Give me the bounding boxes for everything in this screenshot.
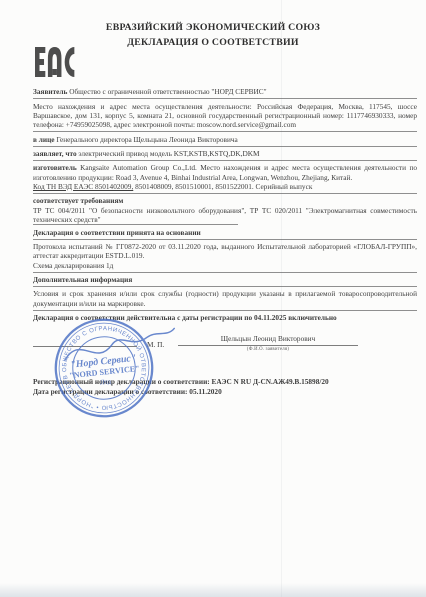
applicant-address: Место нахождения и адрес места осуществл…	[33, 102, 417, 130]
additional-heading: Дополнительная информация	[33, 275, 417, 284]
registration-date-row: Дата регистрации декларации о соответств…	[33, 387, 417, 396]
manufacturer-value: Kangsaite Automation Group Co.,Ltd. Мест…	[33, 163, 417, 181]
in-person-label: в лице	[33, 135, 55, 144]
declares-label: заявляет, что	[33, 149, 77, 158]
product-value: электрический привод модель KST,KSTB,KST…	[78, 149, 259, 158]
registration-date-label: Дата регистрации декларации о соответств…	[33, 387, 187, 396]
signature-area: М. П. Щельцын Леонид Викторович (Ф.И.О. …	[33, 322, 417, 374]
signer-caption: (Ф.И.О. заявителя)	[178, 346, 358, 353]
tnved-code: Код ТН ВЭД ЕАЭС 8501402009,	[33, 182, 133, 191]
declares-row: заявляет, что электрический привод модел…	[33, 149, 417, 161]
scheme-text: Схема декларирования 1д	[33, 261, 417, 270]
in-person-value: Генерального директора Щельцына Леонида …	[56, 135, 237, 144]
additional-text: Условия и срок хранения и/или срок служб…	[33, 289, 417, 308]
applicant-row: Заявитель Общество с ограниченной ответс…	[33, 87, 417, 99]
signer-block: Щельцын Леонид Викторович (Ф.И.О. заявит…	[178, 334, 358, 352]
regulations-text: ТР ТС 004/2011 "О безопасности низковоль…	[33, 206, 417, 225]
validity-text: Декларация о соответствии действительна …	[33, 313, 417, 322]
signature-line	[33, 346, 137, 347]
registration-date-value: 05.11.2020	[189, 387, 221, 396]
manufacturer-row: изготовитель Kangsaite Automation Group …	[33, 163, 417, 182]
divider	[33, 224, 238, 225]
tnved-rest: 8501408009, 8501510001, 8501522001. Сери…	[133, 182, 312, 191]
eac-mark-icon	[35, 47, 75, 82]
additional-heading-row: Дополнительная информация	[33, 275, 417, 287]
stamp-place-note: М. П.	[147, 340, 164, 349]
applicant-value: Общество с ограниченной ответственностью…	[69, 87, 266, 96]
basis-text: Протокола испытаний № ГГ0872-2020 от 03.…	[33, 242, 417, 261]
scan-artifact-line	[281, 0, 282, 597]
applicant-label: Заявитель	[33, 87, 67, 96]
basis-heading-row: Декларация о соответствии принята на осн…	[33, 228, 417, 240]
applicant-address-row: Место нахождения и адрес места осуществл…	[33, 102, 417, 132]
registration-number-value: ЕАЭС N RU Д-CN.АЖ49.В.15898/20	[212, 377, 329, 386]
registration-number-label: Регистрационный номер декларации о соотв…	[33, 377, 210, 386]
registration-number-row: Регистрационный номер декларации о соотв…	[33, 377, 417, 386]
scheme-row: Схема декларирования 1д	[33, 261, 417, 273]
scan-shadow	[0, 583, 426, 597]
manufacturer-label: изготовитель	[33, 163, 77, 172]
signer-name: Щельцын Леонид Викторович	[178, 334, 358, 345]
registration-block: Регистрационный номер декларации о соотв…	[33, 377, 417, 396]
tnved-row: Код ТН ВЭД ЕАЭС 8501402009, 8501408009, …	[33, 182, 417, 194]
declaration-body: Заявитель Общество с ограниченной ответс…	[33, 87, 417, 396]
basis-heading: Декларация о соответствии принята на осн…	[33, 228, 417, 237]
document-title: ЕВРАЗИЙСКИЙ ЭКОНОМИЧЕСКИЙ СОЮЗ ДЕКЛАРАЦИ…	[0, 0, 426, 50]
declaration-document: ЕВРАЗИЙСКИЙ ЭКОНОМИЧЕСКИЙ СОЮЗ ДЕКЛАРАЦИ…	[0, 0, 426, 597]
additional-text-row: Условия и срок хранения и/или срок служб…	[33, 289, 417, 310]
title-union: ЕВРАЗИЙСКИЙ ЭКОНОМИЧЕСКИЙ СОЮЗ	[0, 21, 426, 36]
in-person-row: в лице Генерального директора Щельцына Л…	[33, 135, 417, 147]
meets-heading: соответствует требованиям	[33, 196, 417, 205]
